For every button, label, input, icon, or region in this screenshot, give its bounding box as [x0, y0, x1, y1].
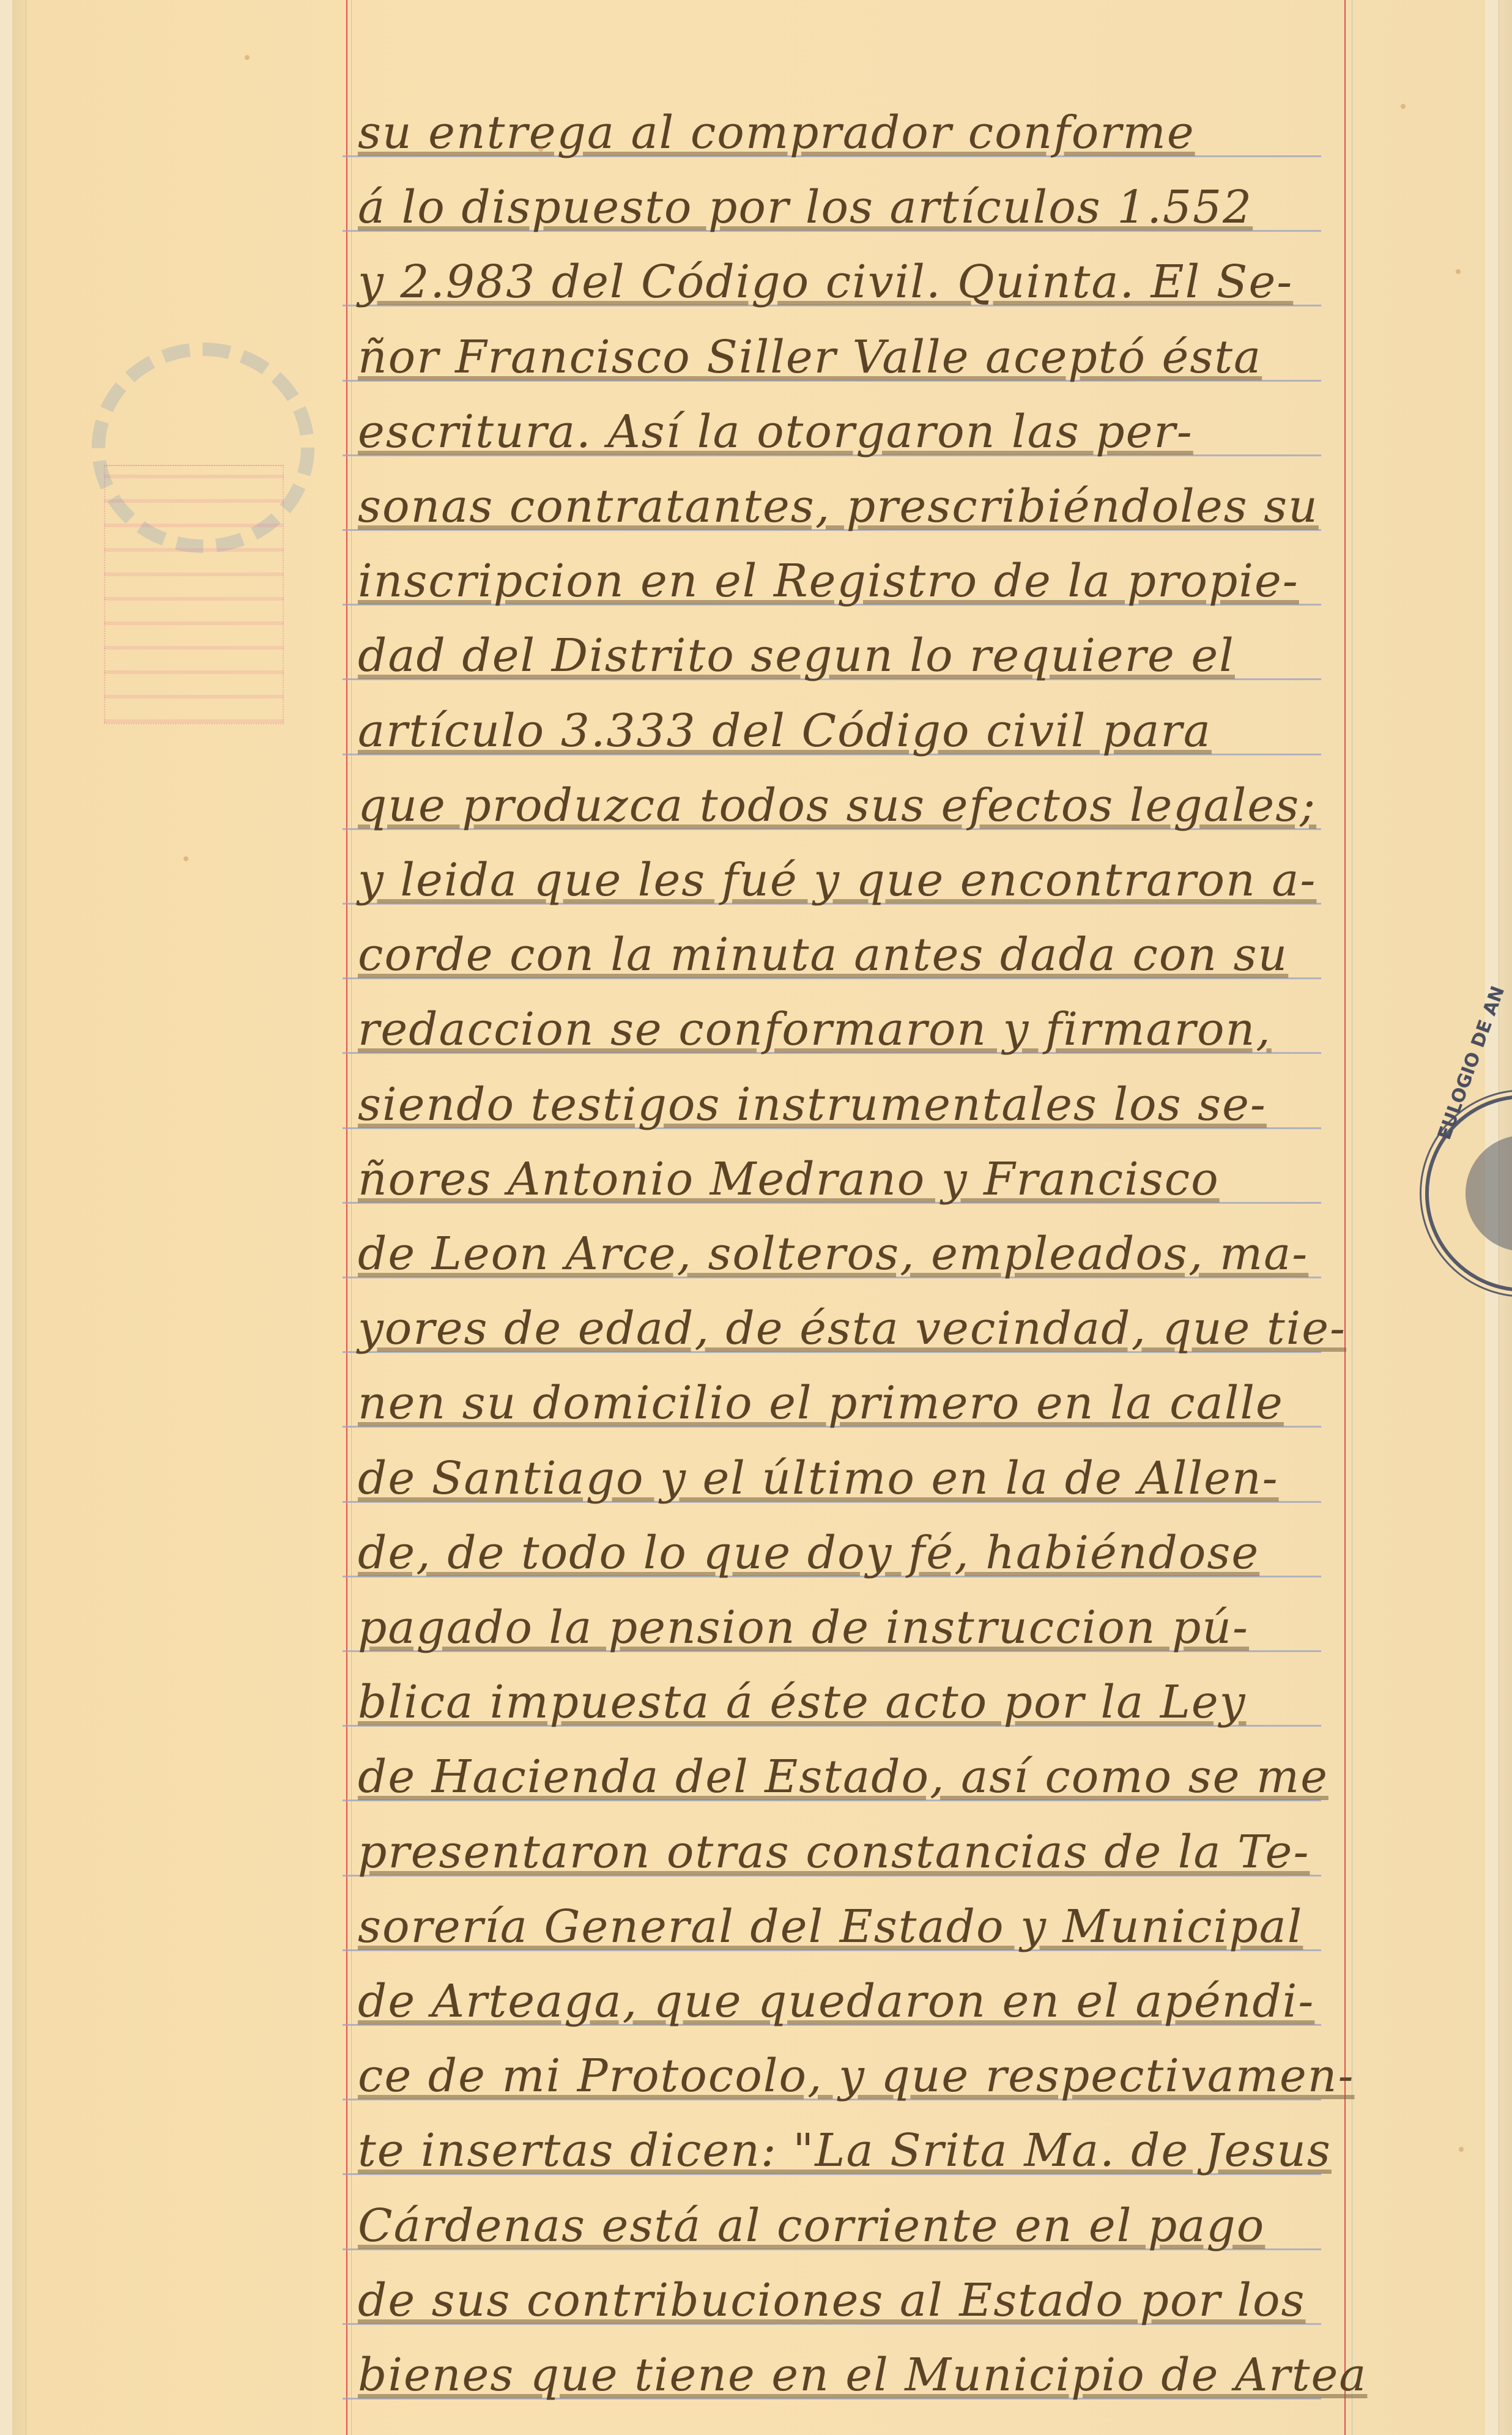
foxing-spot: [183, 856, 188, 861]
text-line: corde con la minuta antes dada con su: [358, 927, 1336, 982]
left-margin-line: [346, 0, 347, 2435]
text-line: dad del Distrito segun lo requiere el: [358, 628, 1336, 683]
text-line: de Santiago y el último en la de Allen-: [358, 1451, 1336, 1506]
text-line: ñor Francisco Siller Valle aceptó ésta: [358, 330, 1336, 385]
faded-revenue-stamp: [92, 343, 300, 722]
text-line: á lo dispuesto por los artículos 1.552: [358, 180, 1336, 235]
text-line: sonas contratantes, prescribiéndoles su: [358, 479, 1336, 534]
text-line: nen su domicilio el primero en la calle: [358, 1376, 1336, 1431]
text-line: yores de edad, de ésta vecindad, que tie…: [358, 1301, 1336, 1356]
text-line: y leida que les fué y que encontraron a-: [358, 853, 1336, 908]
text-line: ñores Antonio Medrano y Francisco: [358, 1152, 1336, 1207]
text-line: bienes que tiene en el Municipio de Arte…: [358, 2348, 1336, 2403]
foxing-spot: [1459, 2147, 1464, 2152]
stamp-rectangle-icon: [104, 465, 284, 724]
text-line: presentaron otras constancias de la Te-: [358, 1825, 1336, 1880]
text-line: artículo 3.333 del Código civil para: [358, 703, 1336, 758]
text-line: su entrega al comprador conforme: [358, 105, 1336, 160]
text-line: ce de mi Protocolo, y que respectivamen-: [358, 2048, 1336, 2103]
text-line: sorería General del Estado y Municipal: [358, 1899, 1336, 1954]
text-line: de Leon Arce, solteros, empleados, ma-: [358, 1226, 1336, 1281]
text-line: de sus contribuciones al Estado por los: [358, 2273, 1336, 2328]
text-line: que produzca todos sus efectos legales;: [358, 778, 1336, 833]
left-page-edge: [12, 0, 26, 2435]
text-line: de, de todo lo que doy fé, habiéndose: [358, 1525, 1336, 1581]
text-line: inscripcion en el Registro de la propie-: [358, 554, 1336, 609]
foxing-spot: [245, 55, 250, 60]
text-line: Cárdenas está al corriente en el pago: [358, 2198, 1336, 2253]
foxing-spot: [1401, 104, 1406, 109]
text-line: y 2.983 del Código civil. Quinta. El Se-: [358, 254, 1336, 309]
text-line: de Hacienda del Estado, así como se me: [358, 1749, 1336, 1804]
text-line: de Arteaga, que quedaron en el apéndi-: [358, 1974, 1336, 2029]
text-line: pagado la pension de instruccion pú-: [358, 1600, 1336, 1655]
text-line: redaccion se conformaron y firmaron,: [358, 1002, 1336, 1057]
foxing-spot: [1456, 269, 1461, 274]
text-line: escritura. Así la otorgaron las per-: [358, 404, 1336, 459]
text-line: siendo testigos instrumentales los se-: [358, 1077, 1336, 1132]
left-margin-guide: [351, 0, 352, 2435]
text-line: te insertas dicen: "La Srita Ma. de Jesu…: [358, 2123, 1336, 2178]
seal-emblem-icon: [1466, 1135, 1512, 1251]
foxing-spot: [538, 147, 543, 152]
text-line: blica impuesta á éste acto por la Ley: [358, 1675, 1336, 1730]
